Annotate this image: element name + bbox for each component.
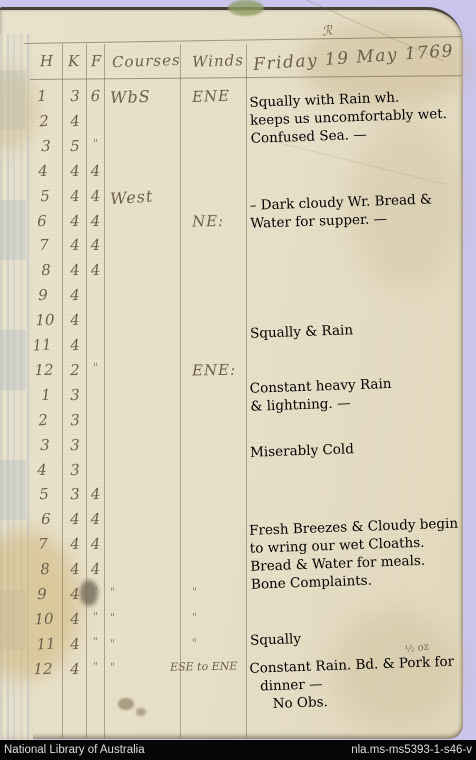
manuscript-scan-viewer: H K F Courses Winds ℛ Friday 19 May 1769… [0, 0, 476, 760]
log-hour: 10 [31, 311, 60, 330]
log-knots: 4 [63, 186, 86, 205]
log-fathoms: " [87, 137, 104, 150]
manuscript-page[interactable]: H K F Courses Winds ℛ Friday 19 May 1769… [0, 7, 463, 739]
image-id-label: nla.ms-ms5393-1-s46-v [351, 744, 472, 756]
log-knots: 3 [64, 460, 87, 479]
log-hour: 12 [29, 659, 57, 677]
log-knots: 4 [63, 335, 86, 354]
log-hour: 4 [28, 460, 57, 479]
log-fathoms: " [87, 610, 104, 624]
remark-block: Squally with Rain wh. keeps us uncomfort… [249, 86, 469, 148]
log-hour: 3 [31, 435, 59, 453]
log-wind: " [192, 633, 245, 650]
column-header-fathoms: F [91, 52, 103, 70]
log-hour: 12 [30, 361, 58, 379]
library-name-label: National Library of Australia [4, 744, 145, 756]
log-hour: 1 [28, 87, 57, 106]
table-rule-top [24, 36, 462, 44]
column-header-winds: Winds [192, 51, 245, 71]
log-fathoms: 4 [86, 485, 104, 504]
log-knots: 4 [64, 610, 87, 629]
log-fathoms: 4 [87, 510, 104, 528]
log-course: " [110, 632, 179, 650]
log-hour: 3 [32, 137, 60, 155]
date-flourish: ℛ [321, 23, 333, 39]
log-date: Friday 19 May 1769 [253, 41, 455, 75]
log-course: " [110, 659, 178, 673]
log-fathoms: 6 [87, 87, 105, 106]
log-hour: 8 [31, 260, 60, 280]
log-knots: 4 [64, 585, 86, 603]
log-fathoms: " [87, 585, 104, 598]
log-knots: 5 [64, 137, 86, 155]
log-fathoms: 4 [86, 186, 104, 205]
remark-block: Squally & Rain [250, 317, 468, 343]
log-knots: 4 [64, 211, 86, 229]
log-knots: 4 [63, 111, 86, 130]
log-knots: 3 [63, 485, 86, 504]
log-fathoms: 4 [87, 211, 104, 229]
log-fathoms: " [87, 660, 104, 673]
remark-margin-note: ½ oz [404, 638, 430, 659]
remark-block: ½ oz Constant Rain. Bd. & Pork for dinne… [249, 652, 469, 714]
log-knots: 4 [63, 634, 86, 653]
log-fathoms: 4 [86, 261, 104, 280]
stain [118, 698, 134, 710]
log-knots: 4 [63, 559, 86, 578]
column-header-hours: H [40, 52, 55, 70]
log-hour: 8 [30, 559, 59, 579]
log-hour: 6 [28, 211, 56, 229]
log-knots: 4 [64, 659, 86, 677]
log-knots: 4 [64, 535, 87, 554]
log-knots: 2 [64, 361, 86, 379]
column-header-knots: K [68, 52, 81, 70]
log-knots: 4 [64, 236, 87, 255]
log-hour: 7 [30, 236, 59, 255]
log-wind: ESE to ENE [170, 659, 248, 673]
log-course: WbS [110, 86, 179, 107]
log-fathoms: 4 [87, 236, 105, 255]
log-knots: 4 [64, 161, 87, 180]
log-hour: 2 [29, 111, 58, 131]
log-wind: ENE [192, 86, 245, 106]
table-rule-vertical [180, 44, 181, 739]
log-hour: 9 [29, 286, 57, 304]
binding-edge-shading [0, 70, 26, 710]
remark-block: Squally [250, 624, 468, 650]
log-fathoms: 4 [87, 161, 105, 180]
log-fathoms: 4 [86, 560, 104, 579]
log-hour: 11 [31, 634, 60, 654]
log-knots: 3 [64, 435, 86, 453]
log-hour: 7 [29, 535, 58, 554]
log-knots: 4 [64, 510, 86, 528]
remark-block: Miserably Cold [250, 436, 468, 462]
log-knots: 3 [63, 410, 86, 429]
log-fathoms: " [87, 361, 104, 374]
log-knots: 4 [64, 311, 87, 330]
log-hour: 5 [29, 484, 58, 504]
log-hour: 5 [30, 186, 59, 206]
stain [136, 708, 146, 716]
remark-block: Constant heavy Rain & lightning. — [249, 372, 468, 416]
log-hour: 6 [32, 510, 60, 528]
log-hour: 10 [30, 609, 59, 628]
log-hour: 2 [28, 410, 57, 430]
log-hour: 9 [28, 585, 56, 603]
log-course: " [110, 584, 178, 598]
log-course: West [109, 184, 178, 208]
remark-block: – Dark cloudy Wr. Bread & Water for supp… [249, 189, 468, 233]
log-wind: ENE: [192, 360, 244, 379]
log-fathoms: 4 [87, 535, 105, 554]
log-wind: " [192, 609, 244, 624]
table-rule-vertical [246, 44, 247, 739]
log-wind: " [192, 585, 244, 599]
remark-block: Fresh Breezes & Cloudy begin to wring ou… [249, 514, 469, 594]
log-hour: 4 [29, 161, 58, 180]
log-knots: 3 [64, 87, 87, 106]
log-knots: 3 [64, 385, 87, 404]
log-knots: 4 [63, 261, 86, 280]
log-course: " [110, 609, 178, 624]
log-fathoms: " [87, 634, 105, 648]
log-hour: 1 [32, 385, 61, 404]
viewer-footer-bar: National Library of Australia nla.ms-ms5… [0, 740, 476, 760]
column-header-courses: Courses [112, 51, 181, 71]
log-knots: 4 [64, 286, 86, 304]
log-wind: NE: [192, 211, 244, 230]
log-hour: 11 [27, 335, 56, 355]
table-rule-vertical [104, 44, 105, 739]
stain [228, 0, 264, 16]
